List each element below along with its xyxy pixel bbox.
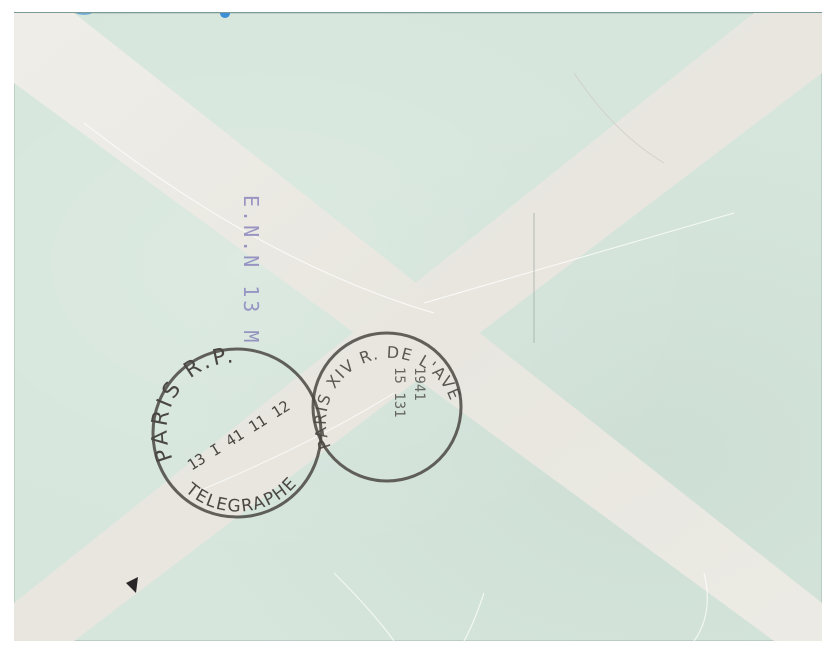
seal-strips: E.N.N 13 M PARIS R.P. TELEGRAPHE 13 I 41… <box>14 13 822 641</box>
violet-handstamp: E.N.N 13 M <box>239 195 263 345</box>
envelope-back: E.N.N 13 M PARIS R.P. TELEGRAPHE 13 I 41… <box>14 12 822 641</box>
ink-blot <box>124 575 144 597</box>
svg-text:15 131: 15 131 <box>391 367 407 418</box>
svg-text:1941: 1941 <box>411 367 427 401</box>
svg-text:E.N.N 13 M: E.N.N 13 M <box>239 195 263 345</box>
